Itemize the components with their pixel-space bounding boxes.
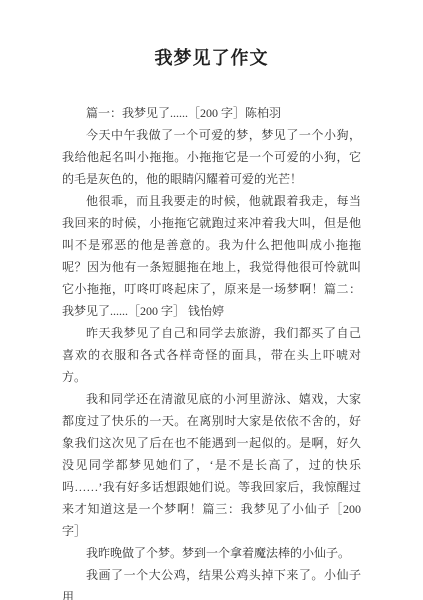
- essay-paragraph: 我和同学还在清澈见底的小河里游泳、嬉戏，大家都度过了快乐的一天。在离别时大家是依…: [62, 388, 361, 542]
- essay-paragraph: 今天中午我做了一个可爱的梦，梦见了一个小狗，我给他起名叫小拖拖。小拖拖它是一个可…: [62, 124, 361, 190]
- page-title: 我梦见了作文: [0, 45, 423, 71]
- essay-paragraph: 篇一：我梦见了......［200 字］陈柏羽: [62, 102, 361, 124]
- essay-content: 篇一：我梦见了......［200 字］陈柏羽今天中午我做了一个可爱的梦，梦见了…: [62, 102, 361, 600]
- essay-paragraph: 他很乖，而且我要走的时候，他就跟着我走，每当我回来的时候，小拖拖它就跑过来冲着我…: [62, 190, 361, 322]
- essay-paragraph: 我昨晚做了个梦。梦到一个拿着魔法棒的小仙子。: [62, 542, 361, 564]
- essay-paragraph: 我画了一个大公鸡，结果公鸡头掉下来了。小仙子用: [62, 564, 361, 600]
- essay-paragraph: 昨天我梦见了自己和同学去旅游，我们都买了自己喜欢的衣服和各式各样奇怪的面具，带在…: [62, 322, 361, 388]
- document-page: 我梦见了作文 篇一：我梦见了......［200 字］陈柏羽今天中午我做了一个可…: [0, 0, 423, 600]
